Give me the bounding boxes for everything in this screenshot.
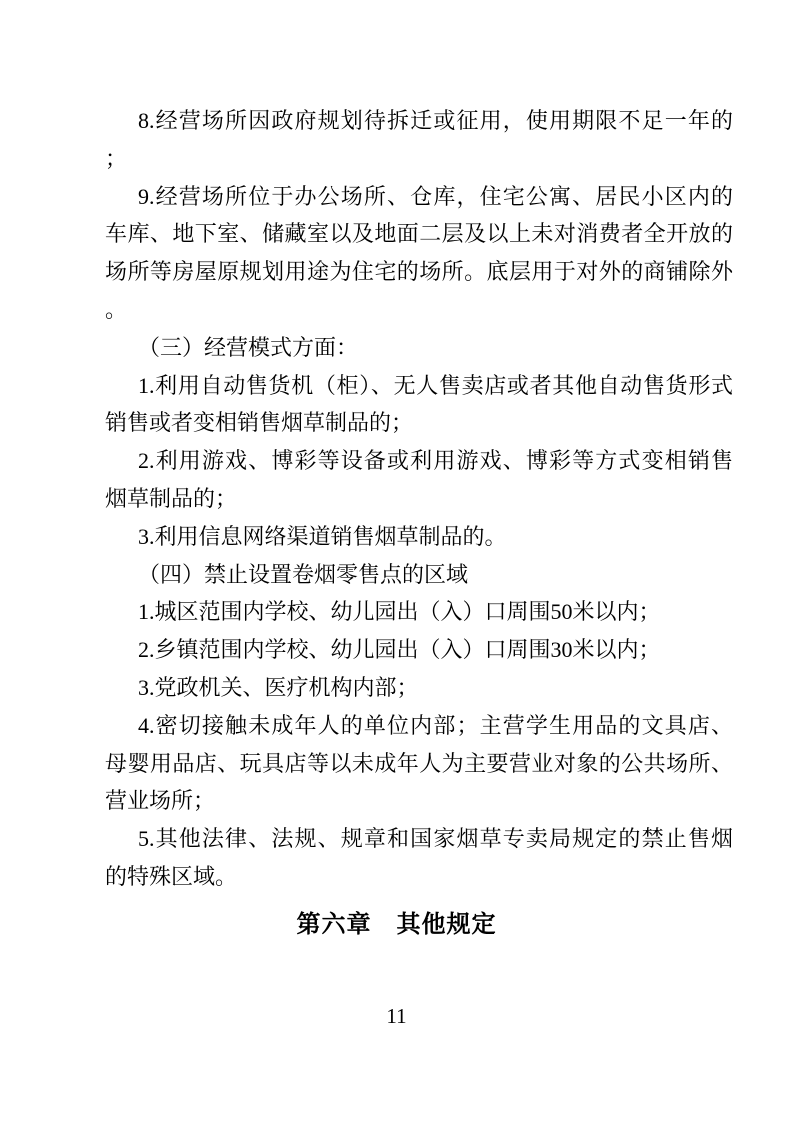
body-line: 2.利用游戏、博彩等设备或利用游戏、博彩等方式变相销售 xyxy=(105,442,733,480)
body-line: 4.密切接触未成年人的单位内部；主营学生用品的文具店、 xyxy=(105,707,733,745)
document-page: 8.经营场所因政府规划待拆迁或征用，使用期限不足一年的；9.经营场所位于办公场所… xyxy=(0,0,793,1122)
body-line: （四）禁止设置卷烟零售点的区域 xyxy=(105,556,733,594)
body-line: （三）经营模式方面： xyxy=(105,329,733,367)
body-line: 3.党政机关、医疗机构内部； xyxy=(105,669,733,707)
body-line: 2.乡镇范围内学校、幼儿园出（入）口周围30米以内； xyxy=(105,631,733,669)
body-line: 车库、地下室、储藏室以及地面二层及以上未对消费者全开放的 xyxy=(105,215,733,253)
body-line: 销售或者变相销售烟草制品的； xyxy=(105,404,733,442)
body-line: 母婴用品店、玩具店等以未成年人为主要营业对象的公共场所、 xyxy=(105,745,733,783)
body-line: 1.利用自动售货机（柜）、无人售卖店或者其他自动售货形式 xyxy=(105,367,733,405)
page-number: 11 xyxy=(0,1003,793,1029)
body-line: 烟草制品的； xyxy=(105,480,733,518)
body-line: 8.经营场所因政府规划待拆迁或征用，使用期限不足一年的 xyxy=(105,102,733,140)
body-line: 营业场所； xyxy=(105,782,733,820)
body-line: 1.城区范围内学校、幼儿园出（入）口周围50米以内； xyxy=(105,593,733,631)
body-line: 5.其他法律、法规、规章和国家烟草专卖局规定的禁止售烟 xyxy=(105,820,733,858)
body-line: 的特殊区域。 xyxy=(105,858,733,896)
body-line: 9.经营场所位于办公场所、仓库，住宅公寓、居民小区内的 xyxy=(105,178,733,216)
document-body: 8.经营场所因政府规划待拆迁或征用，使用期限不足一年的；9.经营场所位于办公场所… xyxy=(105,102,733,896)
body-line: 。 xyxy=(105,291,733,329)
body-line: ； xyxy=(105,140,733,178)
body-line: 场所等房屋原规划用途为住宅的场所。底层用于对外的商铺除外 xyxy=(105,253,733,291)
body-line: 3.利用信息网络渠道销售烟草制品的。 xyxy=(105,518,733,556)
chapter-heading: 第六章 其他规定 xyxy=(0,910,793,940)
